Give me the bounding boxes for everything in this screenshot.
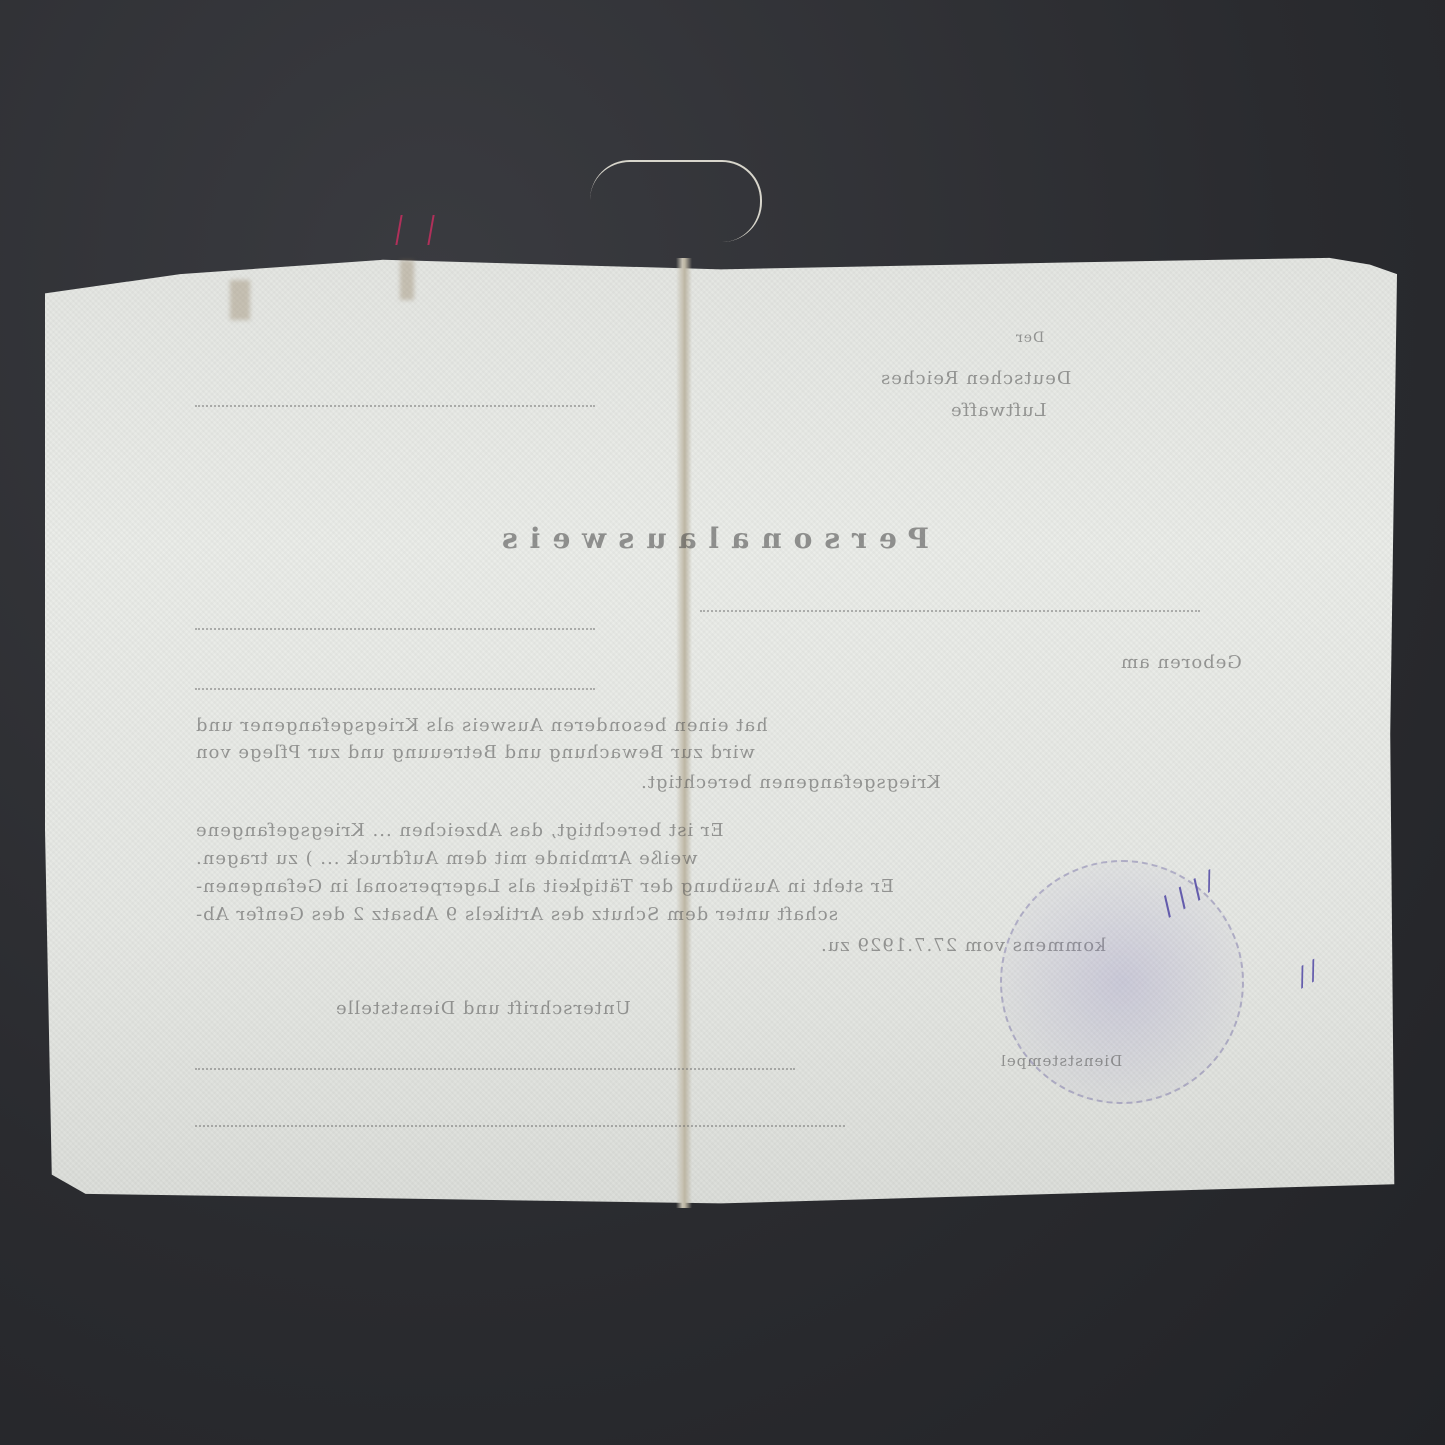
body-line: weiße Armbinde mit dem Aufdruck ... ) zu… [195, 848, 698, 869]
body-line: Kriegsgefangenen berechtigt. [640, 772, 941, 793]
body-line: hat einen besonderen Ausweis als Kriegsg… [195, 715, 768, 736]
rust-stain [400, 260, 414, 300]
body-line: Er ist berechtigt, das Abzeichen ... Kri… [195, 820, 724, 841]
dotted-line [195, 688, 595, 690]
header-line: Luftwaffe [950, 400, 1047, 421]
rust-stain [230, 280, 250, 320]
signature-label: Unterschrift und Dienststelle [335, 998, 631, 1019]
body-line: Er steht in Ausübung der Tätigkeit als L… [195, 876, 894, 897]
dotted-line [195, 628, 595, 630]
document-title: Personalausweis [490, 522, 929, 555]
stamp-label: Dienststempel [1000, 1052, 1122, 1070]
red-thread-mark [395, 215, 434, 245]
loose-thread [590, 160, 762, 242]
body-line: schaft unter dem Schutz des Artikels 9 A… [195, 904, 838, 925]
header-line: Deutschen Reiches [880, 368, 1071, 389]
dotted-line [195, 1068, 795, 1070]
body-line: Geboren am [1120, 652, 1242, 673]
dotted-line [195, 1125, 845, 1127]
body-line: wird zur Bewachung und Betreuung und zur… [195, 742, 755, 763]
header-line: Der [1015, 330, 1044, 346]
dotted-line [700, 610, 1200, 612]
dotted-line [195, 405, 595, 407]
